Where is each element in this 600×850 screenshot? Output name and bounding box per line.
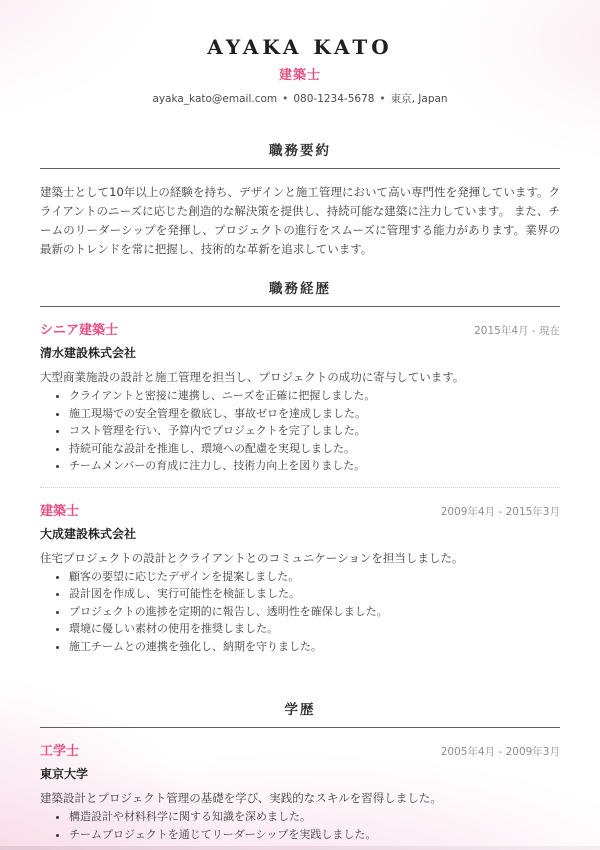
experience-entry: シニア建築士 2015年4月 - 現在 清水建設株式会社 大型商業施設の設計と施… [40,322,560,473]
experience-heading: 職務経歴 [40,280,560,298]
contact-email: ayaka_kato@email.com [152,93,277,105]
entry-description: 建築設計とプロジェクト管理の基礎を学び、実践的なスキルを習得しました。 [40,791,560,806]
entry-role: シニア建築士 [40,322,118,339]
section-education: 学歴 工学士 2005年4月 - 2009年3月 東京大学 建築設計とプロジェク… [40,701,560,841]
candidate-name: AYAKA KATO [40,36,560,58]
entry-school: 東京大学 [40,767,560,782]
entry-header-row: 工学士 2005年4月 - 2009年3月 [40,743,560,760]
contact-separator-dot: • [282,93,288,105]
entry-bullet-list: 構造設計や材料科学に関する知識を深めました。 チームプロジェクトを通じてリーダー… [40,811,560,841]
contact-line: ayaka_kato@email.com•080-1234-5678•東京, J… [40,92,560,106]
entry-bullet-list: 顧客の要望に応じたデザインを提案しました。 設計図を作成し、実行可能性を検証しま… [40,571,560,654]
entry-bullet: クライアントと密接に連携し、ニーズを正確に把握しました。 [69,390,560,403]
entry-bullet-list: クライアントと密接に連携し、ニーズを正確に把握しました。 施工現場での安全管理を… [40,390,560,473]
education-entry: 工学士 2005年4月 - 2009年3月 東京大学 建築設計とプロジェクト管理… [40,743,560,841]
entry-bullet: 施工チームとの連携を強化し、納期を守りました。 [69,641,560,654]
section-rule [40,306,560,307]
entry-bullet: 顧客の要望に応じたデザインを提案しました。 [69,571,560,584]
section-rule [40,727,560,728]
entry-header-row: 建築士 2009年4月 - 2015年3月 [40,503,560,520]
section-rule [40,168,560,169]
entry-bullet: 設計図を作成し、実行可能性を検証しました。 [69,588,560,601]
contact-phone: 080-1234-5678 [293,93,374,105]
entry-bullet: 環境に優しい素材の使用を推奨しました。 [69,623,560,636]
education-heading: 学歴 [40,701,560,719]
contact-separator-dot: • [379,93,385,105]
resume-page: AYAKA KATO 建築士 ayaka_kato@email.com•080-… [0,0,600,841]
page-bottom-edge [0,846,600,850]
section-experience: 職務経歴 シニア建築士 2015年4月 - 現在 清水建設株式会社 大型商業施設… [40,280,560,653]
entry-bullet: コスト管理を行い、予算内でプロジェクトを完了しました。 [69,425,560,438]
entry-period: 2009年4月 - 2015年3月 [441,504,560,519]
entry-bullet: チームプロジェクトを通じてリーダーシップを実践しました。 [69,829,560,842]
entry-bullet: 構造設計や材料科学に関する知識を深めました。 [69,811,560,824]
entry-bullet: 施工現場での安全管理を徹底し、事故ゼロを達成しました。 [69,408,560,421]
entry-description: 大型商業施設の設計と施工管理を担当し、プロジェクトの成功に寄与しています。 [40,370,560,385]
contact-location: 東京, Japan [391,93,448,105]
experience-entry: 建築士 2009年4月 - 2015年3月 大成建設株式会社 住宅プロジェクトの… [40,487,560,654]
section-summary: 職務要約 建築士として10年以上の経験を持ち、デザインと施工管理において高い専門… [40,142,560,259]
entry-organization: 清水建設株式会社 [40,346,560,361]
entry-period: 2015年4月 - 現在 [474,323,560,338]
summary-paragraph: 建築士として10年以上の経験を持ち、デザインと施工管理において高い専門性を発揮し… [40,183,560,259]
entry-bullet: プロジェクトの進捗を定期的に報告し、透明性を確保しました。 [69,606,560,619]
entry-role: 建築士 [40,503,79,520]
resume-header: AYAKA KATO 建築士 ayaka_kato@email.com•080-… [40,36,560,106]
candidate-job-title: 建築士 [40,68,560,84]
entry-degree: 工学士 [40,743,79,760]
entry-bullet: チームメンバーの育成に注力し、技術力向上を図りました。 [69,460,560,473]
summary-heading: 職務要約 [40,142,560,160]
entry-bullet: 持続可能な設計を推進し、環境への配慮を実現しました。 [69,443,560,456]
entry-header-row: シニア建築士 2015年4月 - 現在 [40,322,560,339]
entry-organization: 大成建設株式会社 [40,527,560,542]
entry-period: 2005年4月 - 2009年3月 [441,744,560,759]
entry-description: 住宅プロジェクトの設計とクライアントとのコミュニケーションを担当しました。 [40,551,560,566]
